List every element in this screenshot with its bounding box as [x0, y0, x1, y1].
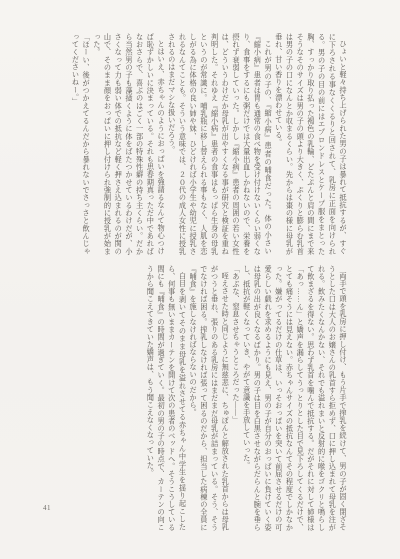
- dialogue-line: 「あぶな、窒息させちゃうところだった――」: [230, 265, 241, 531]
- paragraph: ひょいと軽々持ち上げられた男の子は暴れて抵抗するが、すぐに下ろされる事なくくるり…: [273, 33, 348, 255]
- paragraph: 咥えさせた時と同じように無慈悲に、ちゅぽんと解放された乳首からは母乳がつうと垂れ…: [187, 265, 230, 531]
- paragraph: これが男の子の、『縮小病』患者の晡食だった。体の小さい『縮小病』患者は胃も通常の…: [166, 33, 273, 255]
- text-block-top: ひょいと軽々持ち上げられた男の子は暴れて抵抗するが、すぐに下ろされる事なくくるり…: [52, 33, 348, 255]
- paragraph: とはいえ、赤ちゃんのようにおっぱいを強請るなんて物心つけば恥ずかしいに決まってい…: [91, 33, 166, 255]
- paragraph: 白目を剥いてそのまま母乳を溢れさせてる赤ちゃん中学生を揺り起こしたら、何事も無い…: [145, 265, 188, 531]
- paragraph: 両手で頭を乳房に押し付け、もう片手で搾乳を続けて、男の子が固く閉ざそうとした口は…: [241, 265, 348, 531]
- dialogue-line: 「ほーい、後がつかえてるんだから暴れないでさっさと飲んじゃってくださいねー。」: [70, 33, 91, 255]
- text-block-bottom: 両手で頭を乳房に押し付け、もう片手で搾乳を続けて、男の子が固く閉ざそうとした口は…: [52, 265, 348, 531]
- page-number: 41: [43, 504, 51, 512]
- book-page: ひょいと軽々持ち上げられた男の子は暴れて抵抗するが、すぐに下ろされる事なくくるり…: [0, 0, 400, 559]
